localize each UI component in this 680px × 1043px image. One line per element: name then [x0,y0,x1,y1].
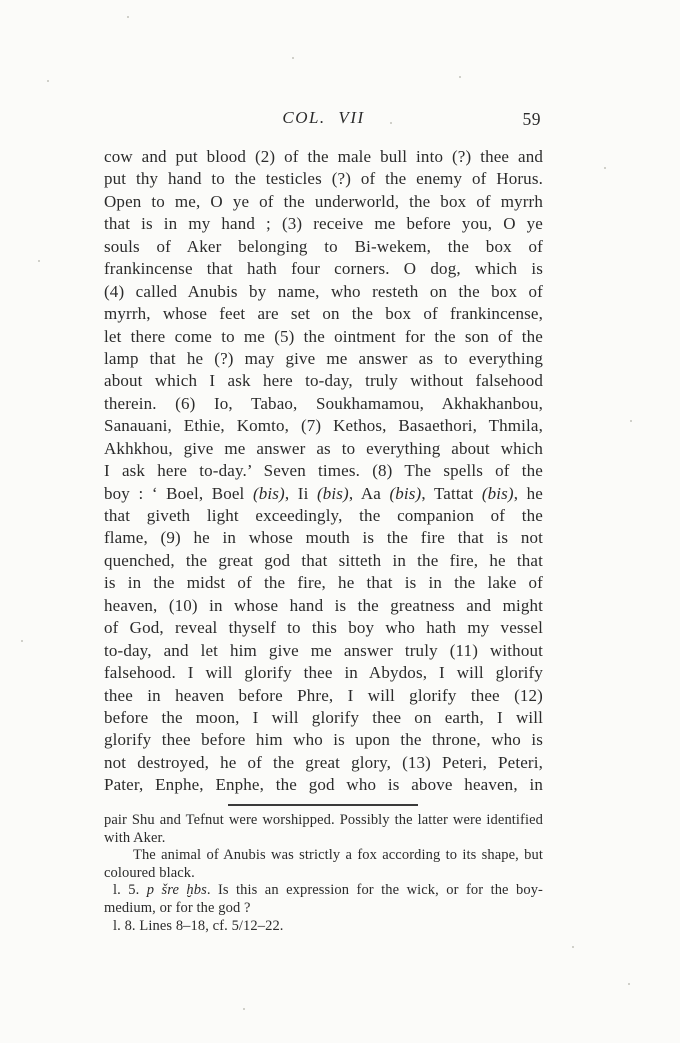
page-number: 59 [523,109,542,130]
text-line: I ask here to-day.’ Seven times. (8) The… [104,460,543,482]
footnote-line: with Aker. [104,830,543,848]
footnote-line: medium, or for the god ? [104,900,543,918]
text-line: to-day, and let him give me answer truly… [104,640,543,662]
page-title: COL. VII [104,108,543,128]
footnote-line: coloured black. [104,865,543,883]
paper-speck [630,420,632,422]
text-line: of God, reveal thyself to this boy who h… [104,617,543,639]
text-line: about which I ask here to-day, truly wit… [104,370,543,392]
footnote-line: l. 8. Lines 8–18, cf. 5/12–22. [104,918,543,936]
paper-speck [292,57,294,59]
text-line: that giveth light exceedingly, the compa… [104,505,543,527]
paper-speck [604,167,606,169]
footnote-line: pair Shu and Tefnut were worshipped. Pos… [104,812,543,830]
paper-speck [38,260,40,262]
paper-speck [459,76,461,78]
footnote-line: l. 5. p šre ḫbs. Is this an expression f… [104,882,543,900]
text-line: lamp that he (?) may give me answer as t… [104,348,543,370]
text-line: boy : ‘ Boel, Boel (bis), Ii (bis), Aa (… [104,483,543,505]
text-line: therein. (6) Io, Tabao, Soukhamamou, Akh… [104,393,543,415]
text-line: thee in heaven before Phre, I will glori… [104,685,543,707]
text-line: not destroyed, he of the great glory, (1… [104,752,543,774]
running-head: COL. VII 59 [104,108,543,132]
text-line: frankincense that hath four corners. O d… [104,258,543,280]
text-line: Akhkhou, give me answer as to everything… [104,438,543,460]
body-text: cow and put blood (2) of the male bull i… [104,146,543,797]
text-line: before the moon, I will glorify thee on … [104,707,543,729]
text-line: (4) called Anubis by name, who resteth o… [104,281,543,303]
paper-speck [243,1008,245,1010]
text-line: that is in my hand ; (3) receive me befo… [104,213,543,235]
footnote-line: The animal of Anubis was strictly a fox … [104,847,543,865]
text-line: Pater, Enphe, Enphe, the god who is abov… [104,774,543,796]
text-line: is in the midst of the fire, he that is … [104,572,543,594]
text-line: Open to me, O ye of the underworld, the … [104,191,543,213]
footnote-separator [228,804,418,806]
book-page: COL. VII 59 cow and put blood (2) of the… [0,0,680,1043]
paper-speck [628,983,630,985]
paper-speck [390,122,392,124]
text-line: falsehood. I will glorify thee in Abydos… [104,662,543,684]
text-line: Sanauani, Ethie, Komto, (7) Kethos, Basa… [104,415,543,437]
paper-speck [572,946,574,948]
paper-speck [21,640,23,642]
text-line: put thy hand to the testicles (?) of the… [104,168,543,190]
paper-speck [47,80,49,82]
text-line: quenched, the great god that sitteth in … [104,550,543,572]
text-line: let there come to me (5) the ointment fo… [104,326,543,348]
footnotes: pair Shu and Tefnut were worshipped. Pos… [104,812,543,935]
text-line: flame, (9) he in whose mouth is the fire… [104,527,543,549]
text-line: myrrh, whose feet are set on the box of … [104,303,543,325]
text-line: heaven, (10) in whose hand is the greatn… [104,595,543,617]
text-line: souls of Aker belonging to Bi-wekem, the… [104,236,543,258]
paper-speck [127,16,129,18]
text-line: cow and put blood (2) of the male bull i… [104,146,543,168]
text-line: glorify thee before him who is upon the … [104,729,543,751]
